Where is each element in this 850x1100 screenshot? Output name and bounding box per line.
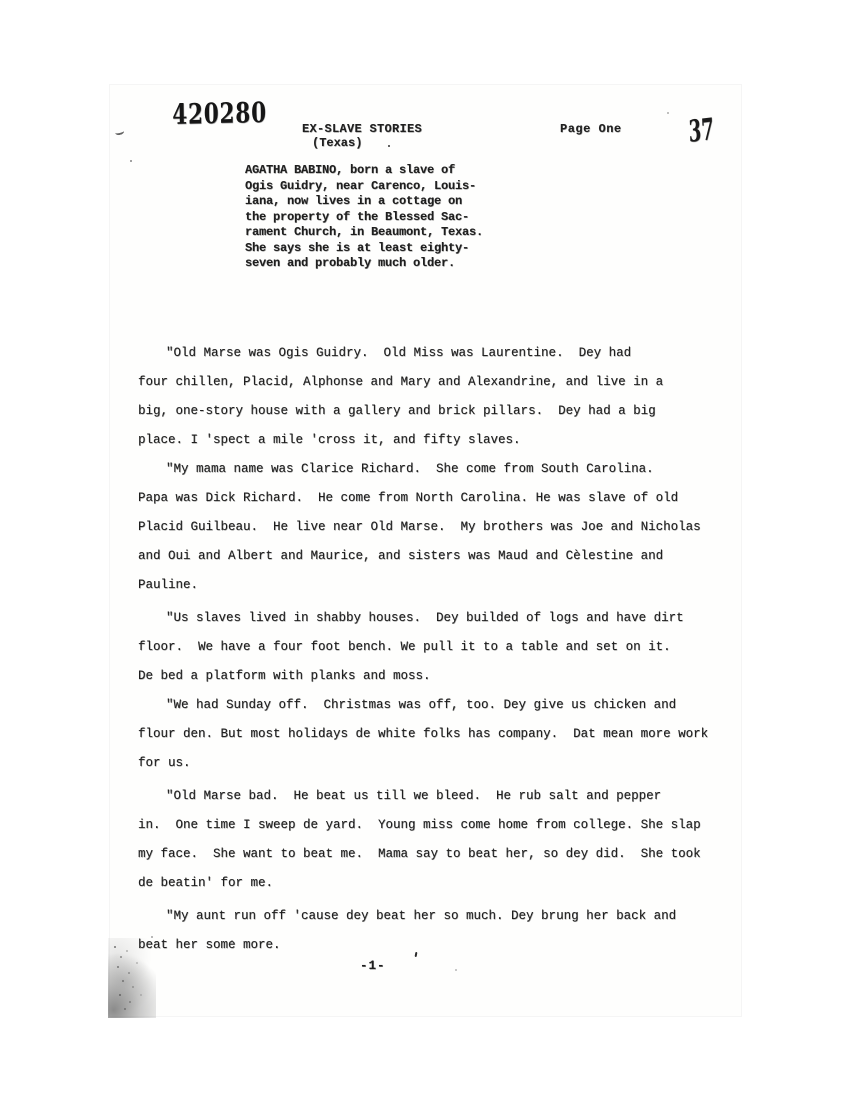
intro-line: AGATHA BABINO, born a slave of — [245, 163, 483, 179]
text-line: for us. — [138, 749, 708, 778]
intro-line: the property of the Blessed Sac- — [245, 210, 483, 226]
scan-speck — [455, 969, 457, 971]
text-line: big, one-story house with a gallery and … — [138, 397, 708, 426]
scan-speck — [388, 145, 390, 147]
ink-smudge-mark — [114, 128, 124, 136]
paragraph: "Us slaves lived in shabby houses. Dey b… — [138, 604, 708, 691]
scanned-document-page: 420280 EX-SLAVE STORIES (Texas) Page One… — [110, 85, 741, 1016]
text-line: de beatin' for me. — [138, 869, 708, 898]
paragraph: "My aunt run off 'cause dey beat her so … — [138, 902, 708, 960]
intro-line: rament Church, in Beaumont, Texas. — [245, 225, 483, 241]
serial-number-stamp: 420280 — [172, 96, 267, 131]
paragraph: "Old Marse was Ogis Guidry. Old Miss was… — [138, 339, 708, 455]
text-line: "My mama name was Clarice Richard. She c… — [138, 455, 708, 484]
scan-speck — [667, 112, 669, 114]
text-line: flour den. But most holidays de white fo… — [138, 720, 708, 749]
text-line: floor. We have a four foot bench. We pul… — [138, 633, 708, 662]
scan-speck — [130, 160, 132, 162]
page-label: Page One — [560, 122, 622, 136]
text-line: and Oui and Albert and Maurice, and sist… — [138, 542, 708, 571]
scan-speck — [231, 940, 233, 942]
text-line: De bed a platform with planks and moss. — [138, 662, 708, 691]
text-line: my face. She want to beat me. Mama say t… — [138, 840, 708, 869]
intro-line: She says she is at least eighty- — [245, 241, 483, 257]
corner-page-number: 37 — [688, 112, 714, 150]
paragraph: "My mama name was Clarice Richard. She c… — [138, 455, 708, 600]
text-line: "Us slaves lived in shabby houses. Dey b… — [138, 604, 708, 633]
interview-text: "Old Marse was Ogis Guidry. Old Miss was… — [138, 339, 708, 960]
paragraph: "Old Marse bad. He beat us till we bleed… — [138, 782, 708, 898]
text-line: Placid Guilbeau. He live near Old Marse.… — [138, 513, 708, 542]
text-line: four chillen, Placid, Alphonse and Mary … — [138, 368, 708, 397]
text-line: in. One time I sweep de yard. Young miss… — [138, 811, 708, 840]
text-line: "My aunt run off 'cause dey beat her so … — [138, 902, 708, 931]
text-line: beat her some more. — [138, 931, 708, 960]
footer-page-number: -1- — [360, 959, 386, 973]
text-line: "We had Sunday off. Christmas was off, t… — [138, 691, 708, 720]
document-subtitle: (Texas) — [312, 136, 362, 150]
intro-line: seven and probably much older. — [245, 256, 483, 272]
corner-noise-artifact — [108, 938, 156, 1018]
intro-paragraph: AGATHA BABINO, born a slave of Ogis Guid… — [245, 163, 483, 272]
text-line: Pauline. — [138, 571, 708, 600]
text-line: Papa was Dick Richard. He come from Nort… — [138, 484, 708, 513]
document-title: EX-SLAVE STORIES — [302, 122, 422, 136]
text-line: "Old Marse bad. He beat us till we bleed… — [138, 782, 708, 811]
intro-line: iana, now lives in a cottage on — [245, 194, 483, 210]
intro-line: Ogis Guidry, near Carenco, Louis- — [245, 179, 483, 195]
text-line: "Old Marse was Ogis Guidry. Old Miss was… — [138, 339, 708, 368]
paragraph: "We had Sunday off. Christmas was off, t… — [138, 691, 708, 778]
text-line: place. I 'spect a mile 'cross it, and fi… — [138, 426, 708, 455]
